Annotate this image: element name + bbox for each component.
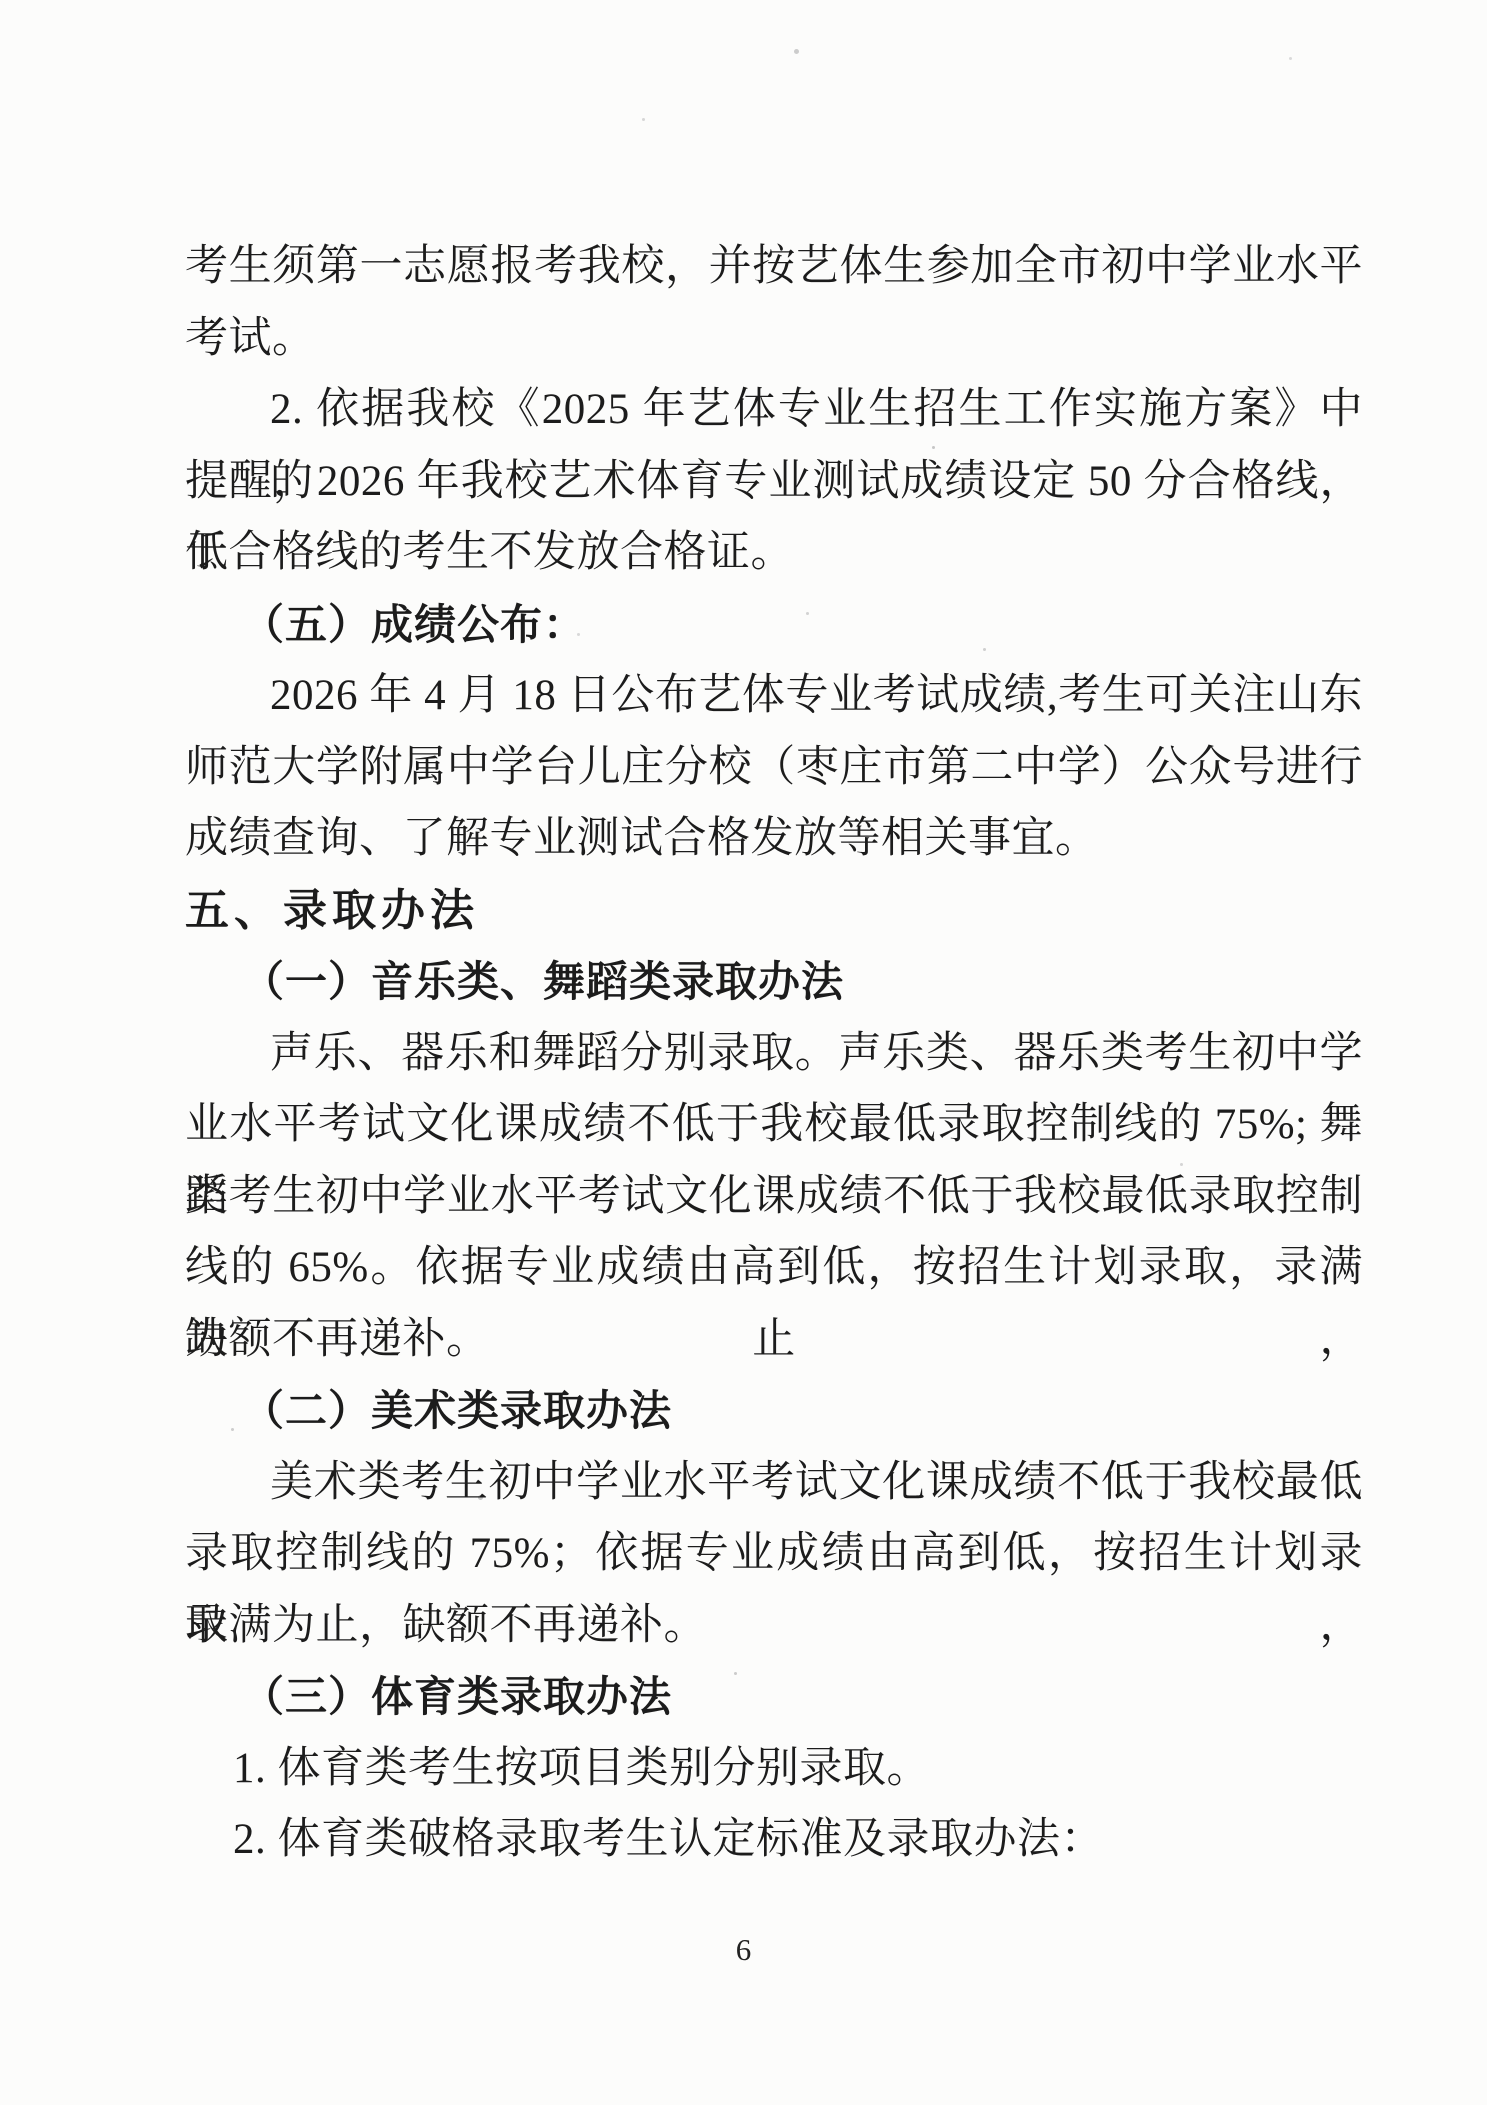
text-line: 2. 依据我校《2025 年艺体专业生招生工作实施方案》中的 — [185, 374, 1363, 446]
text-line: 1. 体育类考生按项目类别分别录取。 — [185, 1733, 1363, 1805]
text-line: 提醒，2026 年我校艺术体育专业测试成绩设定 50 分合格线，低 — [185, 446, 1363, 518]
scanned-document-page: 考生须第一志愿报考我校，并按艺体生参加全市初中学业水平考试。2. 依据我校《20… — [0, 0, 1487, 2105]
text-line: （二）美术类录取办法 — [185, 1375, 1363, 1447]
text-line: 业水平考试文化课成绩不低于我校最低录取控制线的 75%; 舞蹈 — [185, 1089, 1363, 1161]
page-number: 6 — [0, 1932, 1487, 1968]
text-line: （五）成绩公布： — [185, 589, 1363, 661]
document-body: 考生须第一志愿报考我校，并按艺体生参加全市初中学业水平考试。2. 依据我校《20… — [185, 231, 1363, 1876]
text-line: 类考生初中学业水平考试文化课成绩不低于我校最低录取控制 — [185, 1161, 1363, 1233]
text-line: 声乐、器乐和舞蹈分别录取。声乐类、器乐类考生初中学 — [185, 1018, 1363, 1090]
text-line: 五、录取办法 — [185, 875, 1363, 947]
text-line: （一）音乐类、舞蹈类录取办法 — [185, 946, 1363, 1018]
text-line: 于合格线的考生不发放合格证。 — [185, 517, 1363, 589]
text-line: 成绩查询、了解专业测试合格发放等相关事宜。 — [185, 803, 1363, 875]
text-line: 考试。 — [185, 303, 1363, 375]
text-line: 2026 年 4 月 18 日公布艺体专业考试成绩,考生可关注山东 — [185, 660, 1363, 732]
text-line: 美术类考生初中学业水平考试文化课成绩不低于我校最低 — [185, 1447, 1363, 1519]
text-line: 线的 65%。依据专业成绩由高到低，按招生计划录取，录满为止， — [185, 1232, 1363, 1304]
text-line: （三）体育类录取办法 — [185, 1661, 1363, 1733]
scan-speckles — [0, 0, 3, 3]
text-line: 考生须第一志愿报考我校，并按艺体生参加全市初中学业水平 — [185, 231, 1363, 303]
text-line: 2. 体育类破格录取考生认定标准及录取办法： — [185, 1804, 1363, 1876]
text-line: 师范大学附属中学台儿庄分校（枣庄市第二中学）公众号进行 — [185, 732, 1363, 804]
text-line: 录取控制线的 75%；依据专业成绩由高到低，按招生计划录取， — [185, 1518, 1363, 1590]
